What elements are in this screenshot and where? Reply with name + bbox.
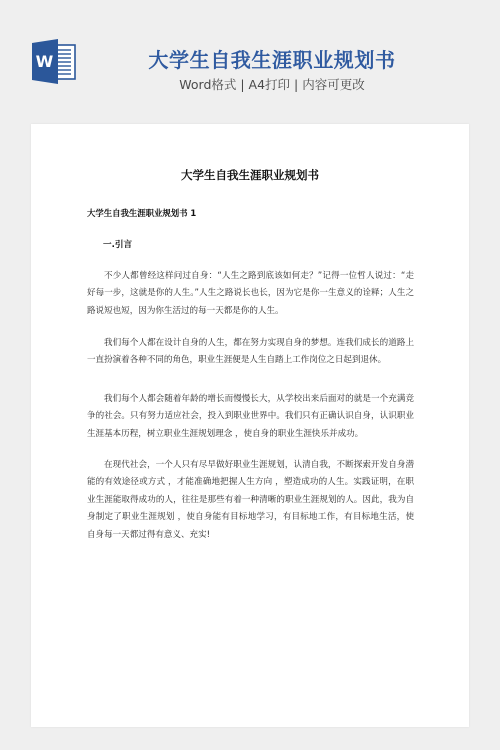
paragraph-4: 在现代社会，一个人只有尽早做好职业生涯规划，认清自我，不断探索开发自身潜能的有效… — [87, 457, 414, 544]
paragraph-3: 我们每个人都会随着年龄的增长而慢慢长大，从学校出来后面对的就是一个充满竞争的社会… — [87, 391, 414, 443]
header-subtitle: Word格式 | A4打印 | 内容可更改 — [0, 75, 500, 93]
document-subheading: 大学生自我生涯职业规划书 1 — [87, 207, 196, 219]
document-title: 大学生自我生涯职业规划书 — [31, 167, 469, 183]
paragraph-1: 不少人都曾经这样问过自身：“人生之路到底该如何走？”记得一位哲人说过：“走好每一… — [87, 268, 414, 320]
document-page: 大学生自我生涯职业规划书 大学生自我生涯职业规划书 1 一.引言 不少人都曾经这… — [31, 124, 469, 727]
paragraph-2: 我们每个人都在设计自身的人生，都在努力实现自身的梦想。连我们成长的道路上一直扮演… — [87, 335, 414, 370]
header-banner: W 大学生自我生涯职业规划书 Word格式 | A4打印 | 内容可更改 — [0, 0, 500, 124]
header-title: 大学生自我生涯职业规划书 — [0, 44, 500, 73]
section-heading-introduction: 一.引言 — [103, 238, 132, 250]
